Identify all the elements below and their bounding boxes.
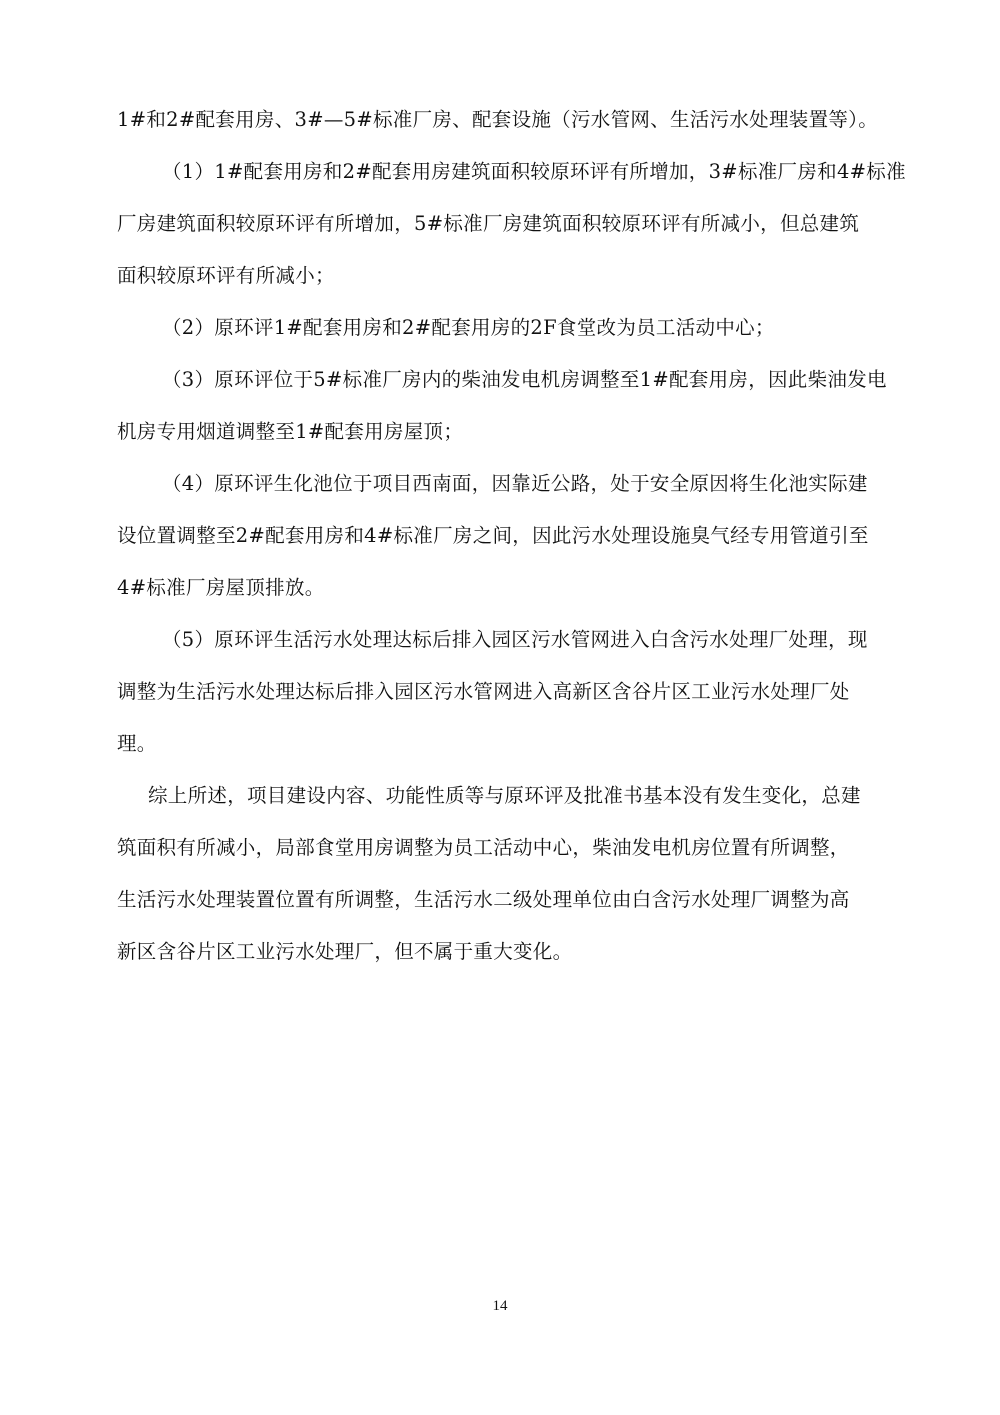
item-5-line: （5）原环评生活污水处理达标后排入园区污水管网进入白含污水处理厂处理，现 — [162, 628, 868, 652]
summary-line: 筑面积有所减小，局部食堂用房调整为员工活动中心，柴油发电机房位置有所调整， — [117, 836, 850, 860]
item-1-line: （1）1#配套用房和2#配套用房建筑面积较原环评有所增加，3#标准厂房和4#标准 — [162, 160, 906, 184]
item-4-line: （4）原环评生化池位于项目西南面，因靠近公路，处于安全原因将生化池实际建 — [162, 472, 868, 496]
summary-line: 新区含谷片区工业污水处理厂，但不属于重大变化。 — [117, 940, 572, 964]
item-2-line: （2）原环评1#配套用房和2#配套用房的2F食堂改为员工活动中心； — [162, 316, 775, 340]
item-5-line: 调整为生活污水处理达标后排入园区污水管网进入高新区含谷片区工业污水处理厂处 — [117, 680, 850, 704]
paragraph-line: 1#和2#配套用房、3#—5#标准厂房、配套设施（污水管网、生活污水处理装置等）… — [117, 108, 878, 132]
item-5-line: 理。 — [117, 732, 157, 756]
item-3-line: （3）原环评位于5#标准厂房内的柴油发电机房调整至1#配套用房，因此柴油发电 — [162, 368, 887, 392]
item-4-line: 设位置调整至2#配套用房和4#标准厂房之间，因此污水处理设施臭气经专用管道引至 — [117, 524, 869, 548]
item-3-line: 机房专用烟道调整至1#配套用房屋顶； — [117, 420, 463, 444]
summary-line: 综上所述，项目建设内容、功能性质等与原环评及批准书基本没有发生变化，总建 — [148, 784, 861, 808]
item-4-line: 4#标准厂房屋顶排放。 — [117, 576, 325, 600]
item-1-line: 面积较原环评有所减小； — [117, 264, 335, 288]
item-1-line: 厂房建筑面积较原环评有所增加，5#标准厂房建筑面积较原环评有所减小，但总建筑 — [117, 212, 859, 236]
summary-line: 生活污水处理装置位置有所调整，生活污水二级处理单位由白含污水处理厂调整为高 — [117, 888, 850, 912]
document-page: 1#和2#配套用房、3#—5#标准厂房、配套设施（污水管网、生活污水处理装置等）… — [0, 0, 1000, 1415]
page-number: 14 — [0, 1298, 1000, 1315]
